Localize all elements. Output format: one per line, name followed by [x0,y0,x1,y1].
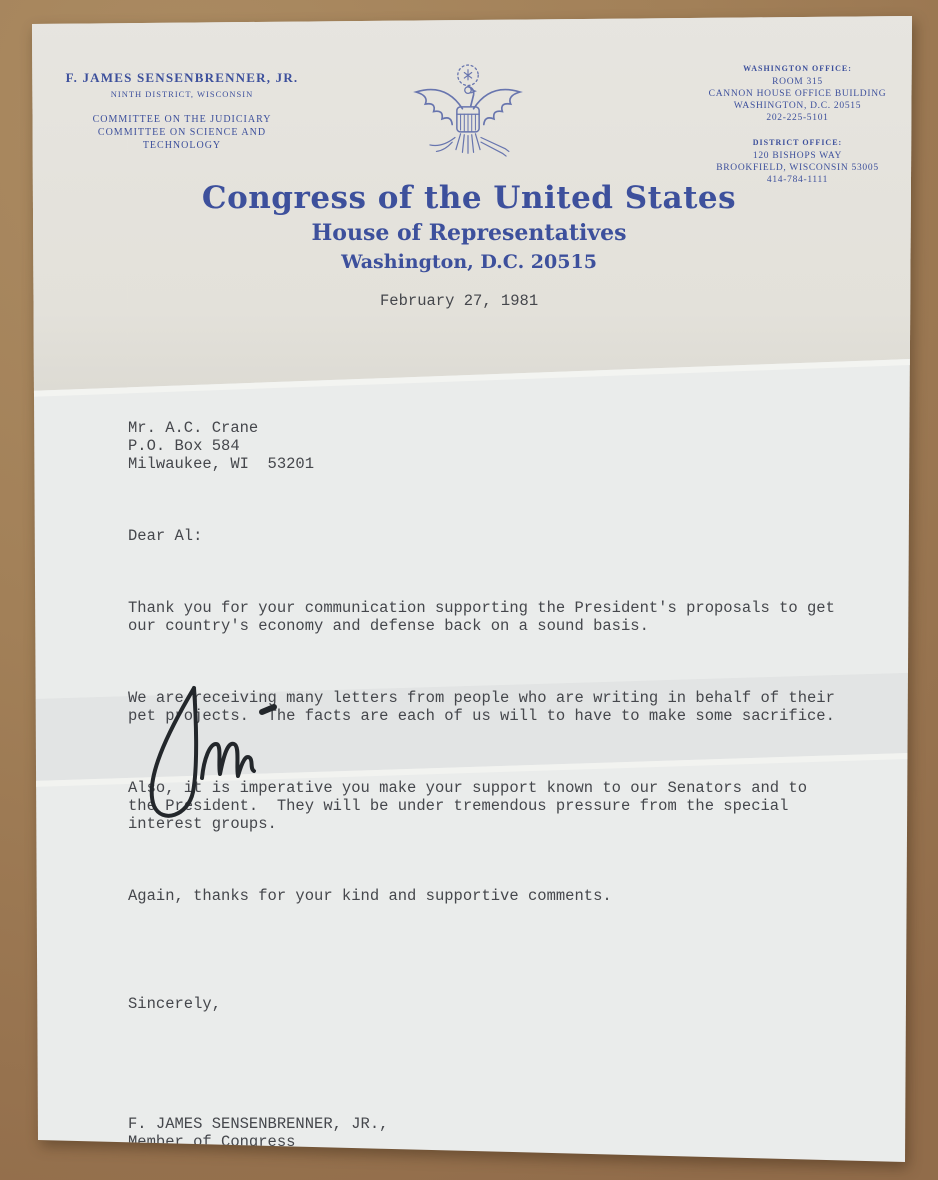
closing: Sincerely, [128,995,868,1013]
offices-block: WASHINGTON OFFICE: ROOM 315CANNON HOUSE … [690,64,905,186]
sender-district: NINTH DISTRICT, WISCONSIN [62,89,302,99]
paragraph: Thank you for your communication support… [128,599,868,635]
sender-committees: COMMITTEE ON THE JUDICIARYCOMMITTEE ON S… [62,113,302,152]
letterhead-title: Congress of the United States [0,180,938,216]
district-office-heading: DISTRICT OFFICE: [690,138,905,147]
letterhead-subtitle: House of Representatives [0,220,938,246]
district-office: DISTRICT OFFICE: 120 BISHOPS WAYBROOKFIE… [690,138,905,186]
handwritten-signature [130,680,305,830]
letterhead-location: Washington, D.C. 20515 [0,251,938,273]
salutation: Dear Al: [128,527,868,545]
great-seal-eagle-icon [403,58,533,178]
washington-office: WASHINGTON OFFICE: ROOM 315CANNON HOUSE … [690,64,905,124]
letter-paper: F. JAMES SENSENBRENNER, JR. NINTH DISTRI… [0,0,938,1180]
paragraph: Again, thanks for your kind and supporti… [128,887,868,905]
letterhead-title-block: Congress of the United States House of R… [0,180,938,273]
sender-name: F. JAMES SENSENBRENNER, JR. [62,70,302,86]
recipient-address: Mr. A.C. CraneP.O. Box 584Milwaukee, WI … [128,419,868,473]
washington-office-heading: WASHINGTON OFFICE: [690,64,905,73]
photo-of-letter: { "colors": { "accent_blue": "#3d509c", … [0,0,938,1180]
letter-date: February 27, 1981 [380,292,538,310]
signature-name-block: F. JAMES SENSENBRENNER, JR.,Member of Co… [128,1115,868,1151]
letter-content: F. JAMES SENSENBRENNER, JR. NINTH DISTRI… [0,0,938,1180]
washington-office-lines: ROOM 315CANNON HOUSE OFFICE BUILDINGWASH… [690,76,905,124]
paper-sheet: F. JAMES SENSENBRENNER, JR. NINTH DISTRI… [0,0,938,1180]
sender-block: F. JAMES SENSENBRENNER, JR. NINTH DISTRI… [62,70,302,152]
